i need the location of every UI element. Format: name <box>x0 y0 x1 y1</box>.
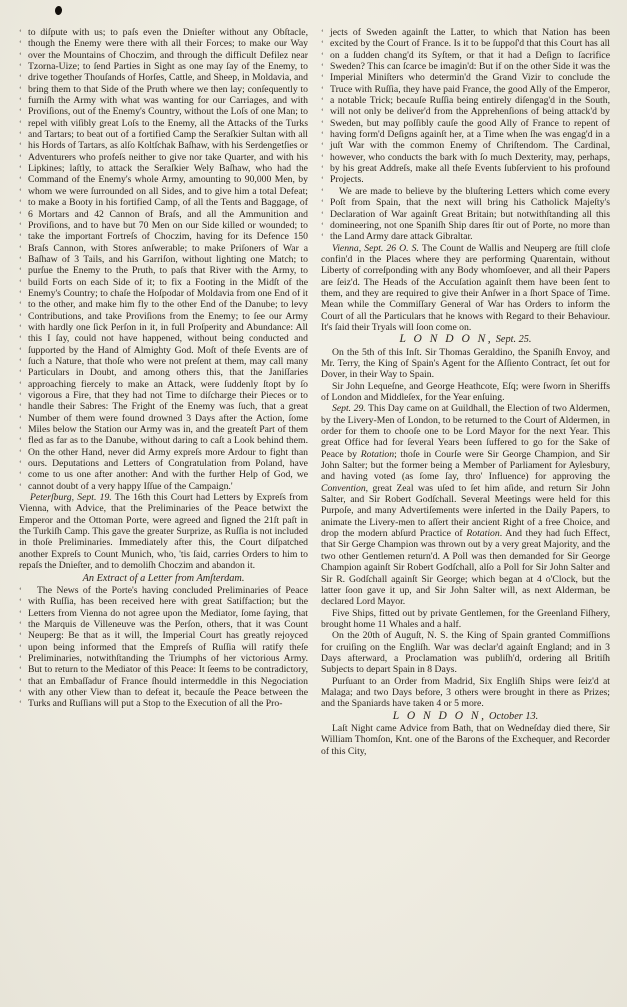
paragraph-text: Laſt Night came Advice from Bath, that o… <box>321 723 610 757</box>
text-run: The 16th this Court had Letters by Expre… <box>19 492 308 571</box>
quote-mark: ‘ <box>19 152 28 163</box>
quoted-paragraph: ‘‘‘‘‘‘‘‘‘‘‘The News of the Porte's havin… <box>19 585 308 710</box>
quote-mark: ‘ <box>321 209 330 220</box>
quote-mark: ‘ <box>321 152 330 163</box>
quote-mark: ‘ <box>321 106 330 117</box>
quote-mark: ‘ <box>19 186 28 197</box>
paragraph-text: An Extract of a Letter from Amſterdam. <box>83 573 245 584</box>
quote-mark: ‘ <box>321 174 330 185</box>
quote-mark: ‘ <box>19 367 28 378</box>
paragraph-text: Sept. 29. This Day came on at Guildhall,… <box>321 403 610 607</box>
news-paragraph: On the 5th of this Inſt. Sir Thomas Gera… <box>321 347 610 381</box>
paragraph-text: L O N D O N, Sept. 25. <box>399 334 531 345</box>
text-run-heading-italic: Sept. 25. <box>493 334 531 345</box>
text-column-right: ‘‘‘‘‘‘‘‘‘‘‘‘‘‘jects of Sweden againſt th… <box>321 27 610 993</box>
quote-mark: ‘ <box>19 61 28 72</box>
text-run: On the 20th of Auguſt, N. S. the King of… <box>321 630 610 675</box>
quote-mark: ‘ <box>19 231 28 242</box>
paragraph-text: Purſuant to an Order from Madrid, Six En… <box>321 676 610 710</box>
quote-mark: ‘ <box>19 664 28 675</box>
quote-mark: ‘ <box>321 186 330 197</box>
quote-mark: ‘ <box>19 630 28 641</box>
quote-mark: ‘ <box>321 27 330 38</box>
quote-mark: ‘ <box>19 653 28 664</box>
quote-marks-gutter: ‘‘‘‘‘‘‘‘‘‘‘ <box>19 585 28 710</box>
quote-mark: ‘ <box>19 95 28 106</box>
news-paragraph: Vienna, Sept. 26 O. S. The Count de Wall… <box>321 243 610 334</box>
section-heading: L O N D O N, Sept. 25. <box>321 334 610 345</box>
text-run-italic: Rotation <box>361 449 394 460</box>
quote-mark: ‘ <box>19 401 28 412</box>
quote-mark: ‘ <box>19 174 28 185</box>
quote-marks-gutter: ‘‘‘‘‘‘‘‘‘‘‘‘‘‘ <box>321 27 330 186</box>
quote-mark: ‘ <box>19 413 28 424</box>
text-run: Five Ships, fitted out by private Gentle… <box>321 608 610 630</box>
quote-mark: ‘ <box>19 163 28 174</box>
quote-mark: ‘ <box>19 140 28 151</box>
quote-mark: ‘ <box>19 356 28 367</box>
section-heading: L O N D O N, October 13. <box>321 711 610 722</box>
quote-mark: ‘ <box>19 243 28 254</box>
text-run-heading-italic: An Extract of a Letter from Amſterdam. <box>83 573 245 584</box>
quote-mark: ‘ <box>19 608 28 619</box>
quote-mark: ‘ <box>19 265 28 276</box>
quote-mark: ‘ <box>321 84 330 95</box>
quote-mark: ‘ <box>321 220 330 231</box>
news-paragraph: Peterſburg, Sept. 19. The 16th this Cour… <box>19 492 308 571</box>
quote-mark: ‘ <box>19 254 28 265</box>
quote-mark: ‘ <box>19 209 28 220</box>
quote-mark: ‘ <box>19 642 28 653</box>
quote-mark: ‘ <box>321 118 330 129</box>
text-run: jects of Sweden againſt the Latter, to w… <box>330 27 610 185</box>
quote-mark: ‘ <box>321 140 330 151</box>
quote-mark: ‘ <box>321 61 330 72</box>
quote-mark: ‘ <box>19 458 28 469</box>
quote-mark: ‘ <box>19 129 28 140</box>
quote-mark: ‘ <box>19 435 28 446</box>
news-paragraph: On the 20th of Auguſt, N. S. the King of… <box>321 630 610 675</box>
text-run: Purſuant to an Order from Madrid, Six En… <box>321 676 610 710</box>
quote-mark: ‘ <box>19 469 28 480</box>
quote-mark: ‘ <box>321 129 330 140</box>
text-run-italic: Sept. 29. <box>332 403 366 414</box>
paragraph-text: L O N D O N, October 13. <box>393 711 538 722</box>
text-run: Laſt Night came Advice from Bath, that o… <box>321 723 610 757</box>
text-run: . And they had ſuch Effect, that Sir Ger… <box>321 528 610 607</box>
text-run-heading-italic: October 13. <box>486 711 538 722</box>
quote-mark: ‘ <box>19 72 28 83</box>
quote-mark: ‘ <box>19 585 28 596</box>
paragraph-text: On the 5th of this Inſt. Sir Thomas Gera… <box>321 347 610 381</box>
quoted-paragraph: ‘‘‘‘‘We are made to believe by the bluſt… <box>321 186 610 243</box>
quoted-paragraph: ‘‘‘‘‘‘‘‘‘‘‘‘‘‘‘‘‘‘‘‘‘‘‘‘‘‘‘‘‘‘‘‘‘‘‘‘‘‘‘‘… <box>19 27 308 492</box>
text-run: Sir John Lequeſne, and George Heathcote,… <box>321 381 610 403</box>
quote-mark: ‘ <box>19 481 28 492</box>
quoted-paragraph: ‘‘‘‘‘‘‘‘‘‘‘‘‘‘jects of Sweden againſt th… <box>321 27 610 186</box>
text-run: On the 5th of this Inſt. Sir Thomas Gera… <box>321 347 610 381</box>
paragraph-text: to diſpute with us; to paſs even the Dni… <box>28 27 308 492</box>
quote-mark: ‘ <box>321 72 330 83</box>
news-paragraph: Sept. 29. This Day came on at Guildhall,… <box>321 403 610 607</box>
quote-mark: ‘ <box>19 322 28 333</box>
quote-mark: ‘ <box>19 424 28 435</box>
paragraph-text: Sir John Lequeſne, and George Heathcote,… <box>321 381 610 404</box>
quote-mark: ‘ <box>19 345 28 356</box>
paragraph-text: The News of the Porte's having concluded… <box>28 585 308 710</box>
newspaper-page: ‘‘‘‘‘‘‘‘‘‘‘‘‘‘‘‘‘‘‘‘‘‘‘‘‘‘‘‘‘‘‘‘‘‘‘‘‘‘‘‘… <box>0 0 627 1007</box>
text-run-italic: Rotation <box>466 528 499 539</box>
paragraph-text: jects of Sweden againſt the Latter, to w… <box>330 27 610 186</box>
quote-mark: ‘ <box>19 277 28 288</box>
quote-mark: ‘ <box>19 676 28 687</box>
text-run-spaced-italic: L O N D O N, <box>393 710 487 722</box>
quote-mark: ‘ <box>321 197 330 208</box>
quote-mark: ‘ <box>19 390 28 401</box>
paragraph-text: We are made to believe by the bluſtering… <box>330 186 610 243</box>
quote-mark: ‘ <box>321 50 330 61</box>
quote-mark: ‘ <box>19 311 28 322</box>
section-heading: An Extract of a Letter from Amſterdam. <box>19 573 308 584</box>
text-column-left: ‘‘‘‘‘‘‘‘‘‘‘‘‘‘‘‘‘‘‘‘‘‘‘‘‘‘‘‘‘‘‘‘‘‘‘‘‘‘‘‘… <box>19 27 308 993</box>
quote-mark: ‘ <box>19 698 28 709</box>
quote-mark: ‘ <box>19 288 28 299</box>
news-paragraph: Five Ships, fitted out by private Gentle… <box>321 608 610 631</box>
text-run-italic: Vienna, Sept. 26 O. S. <box>332 243 419 254</box>
quote-mark: ‘ <box>19 106 28 117</box>
quote-mark: ‘ <box>19 619 28 630</box>
text-run-italic: Peterſburg, Sept. 19. <box>30 492 112 503</box>
quote-mark: ‘ <box>19 447 28 458</box>
quote-mark: ‘ <box>19 118 28 129</box>
quote-mark: ‘ <box>19 687 28 698</box>
quote-mark: ‘ <box>19 50 28 61</box>
quote-mark: ‘ <box>19 299 28 310</box>
quote-mark: ‘ <box>321 38 330 49</box>
ink-blot-mark <box>54 6 62 16</box>
quote-marks-gutter: ‘‘‘‘‘‘‘‘‘‘‘‘‘‘‘‘‘‘‘‘‘‘‘‘‘‘‘‘‘‘‘‘‘‘‘‘‘‘‘‘… <box>19 27 28 492</box>
text-run: We are made to believe by the bluſtering… <box>330 186 610 242</box>
text-run: to diſpute with us; to paſs even the Dni… <box>28 27 308 492</box>
quote-mark: ‘ <box>19 596 28 607</box>
quote-mark: ‘ <box>19 197 28 208</box>
quote-mark: ‘ <box>19 333 28 344</box>
quote-mark: ‘ <box>19 220 28 231</box>
quote-mark: ‘ <box>321 95 330 106</box>
news-paragraph: Laſt Night came Advice from Bath, that o… <box>321 723 610 757</box>
text-run-italic: Convention <box>321 483 366 494</box>
quote-marks-gutter: ‘‘‘‘‘ <box>321 186 330 243</box>
news-paragraph: Purſuant to an Order from Madrid, Six En… <box>321 676 610 710</box>
text-run-spaced-italic: L O N D O N, <box>399 333 493 345</box>
paragraph-text: Five Ships, fitted out by private Gentle… <box>321 608 610 631</box>
quote-mark: ‘ <box>19 84 28 95</box>
paragraph-text: On the 20th of Auguſt, N. S. the King of… <box>321 630 610 675</box>
quote-mark: ‘ <box>19 38 28 49</box>
news-paragraph: Sir John Lequeſne, and George Heathcote,… <box>321 381 610 404</box>
quote-mark: ‘ <box>19 379 28 390</box>
text-run: The Count de Wallis and Neuperg are ſtil… <box>321 243 610 333</box>
text-run: The News of the Porte's having concluded… <box>28 585 308 709</box>
quote-mark: ‘ <box>321 163 330 174</box>
paragraph-text: Peterſburg, Sept. 19. The 16th this Cour… <box>19 492 308 571</box>
quote-mark: ‘ <box>19 27 28 38</box>
paragraph-text: Vienna, Sept. 26 O. S. The Count de Wall… <box>321 243 610 334</box>
quote-mark: ‘ <box>321 231 330 242</box>
